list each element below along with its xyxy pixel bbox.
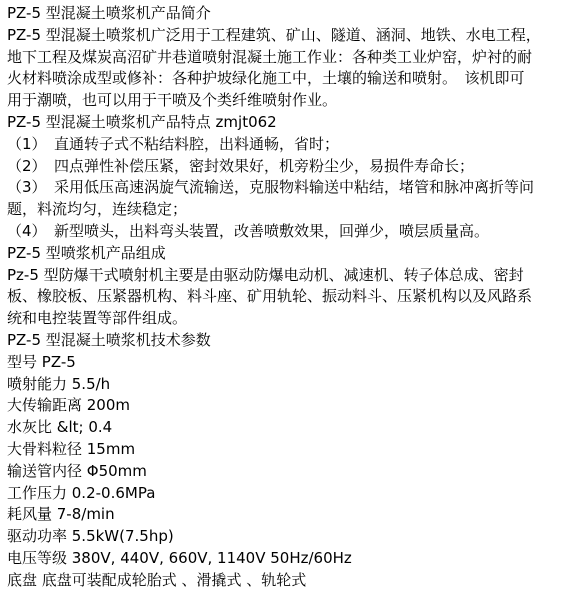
spec-pipe-inner-diameter: 输送管内径 Φ50mm bbox=[7, 461, 579, 483]
spec-voltage-rating: 电压等级 380V, 440V, 660V, 1140V 50Hz/60Hz bbox=[7, 548, 579, 570]
spec-water-cement-ratio: 水灰比 &lt; 0.4 bbox=[7, 417, 579, 439]
feature-item-3: （3） 采用低压高速涡旋气流输送，克服物料输送中粘结，堵管和脉冲离折等问 bbox=[7, 177, 579, 199]
heading-product-composition: PZ-5 型喷浆机产品组成 bbox=[7, 243, 579, 265]
composition-text-line-1: Pz-5 型防爆干式喷射机主要是由驱动防爆电动机、减速机、转子体总成、密封 bbox=[7, 265, 579, 287]
heading-product-intro: PZ-5 型混凝土喷浆机产品简介 bbox=[7, 3, 579, 25]
spec-max-aggregate-size: 大骨料粒径 15mm bbox=[7, 439, 579, 461]
intro-text-line-2: 地下工程及煤炭高沼矿井巷道喷射混凝土施工作业：各种类工业炉窑，炉衬的耐 bbox=[7, 47, 579, 69]
intro-text-line-3: 火材料喷涂成型或修补：各种护坡绿化施工中，土壤的输送和喷射。 该机即可 bbox=[7, 68, 579, 90]
feature-item-2: （2） 四点弹性补偿压紧，密封效果好，机旁粉尘少，易损件寿命长； bbox=[7, 156, 579, 178]
spec-drive-power: 驱动功率 5.5kW(7.5hp) bbox=[7, 526, 579, 548]
feature-item-3-continued: 题，料流均匀，连续稳定； bbox=[7, 199, 579, 221]
intro-text-line-4: 用于潮喷，也可以用于干喷及个类纤维喷射作业。 bbox=[7, 90, 579, 112]
page: { "theme": { "background_color": "#fffff… bbox=[0, 0, 581, 593]
spec-air-consumption: 耗风量 7-8/min bbox=[7, 504, 579, 526]
spec-chassis: 底盘 底盘可装配成轮胎式 、滑撬式 、轨轮式 bbox=[7, 570, 579, 592]
spec-model: 型号 PZ-5 bbox=[7, 352, 579, 374]
feature-item-4: （4） 新型喷头，出料弯头装置，改善喷敷效果，回弹少，喷层质量高。 bbox=[7, 221, 579, 243]
composition-text-line-2: 板、橡胶板、压紧器机构、料斗座、矿用轨轮、振动料斗、压紧机构以及风路系 bbox=[7, 286, 579, 308]
spec-max-conveying-distance: 大传输距离 200m bbox=[7, 395, 579, 417]
spec-working-pressure: 工作压力 0.2-0.6MPa bbox=[7, 483, 579, 505]
intro-text-line-1: PZ-5 型混凝土喷浆机广泛用于工程建筑、矿山、隧道、涵洞、地铁、水电工程， bbox=[7, 25, 579, 47]
feature-item-1: （1） 直通转子式不粘结料腔，出料通畅，省时； bbox=[7, 134, 579, 156]
spec-spray-capacity: 喷射能力 5.5/h bbox=[7, 374, 579, 396]
composition-text-line-3: 统和电控装置等部件组成。 bbox=[7, 308, 579, 330]
document: PZ-5 型混凝土喷浆机产品简介 PZ-5 型混凝土喷浆机广泛用于工程建筑、矿山… bbox=[0, 0, 581, 593]
heading-technical-params: PZ-5 型混凝土喷浆机技术参数 bbox=[7, 330, 579, 352]
heading-product-features: PZ-5 型混凝土喷浆机产品特点 zmjt062 bbox=[7, 112, 579, 134]
